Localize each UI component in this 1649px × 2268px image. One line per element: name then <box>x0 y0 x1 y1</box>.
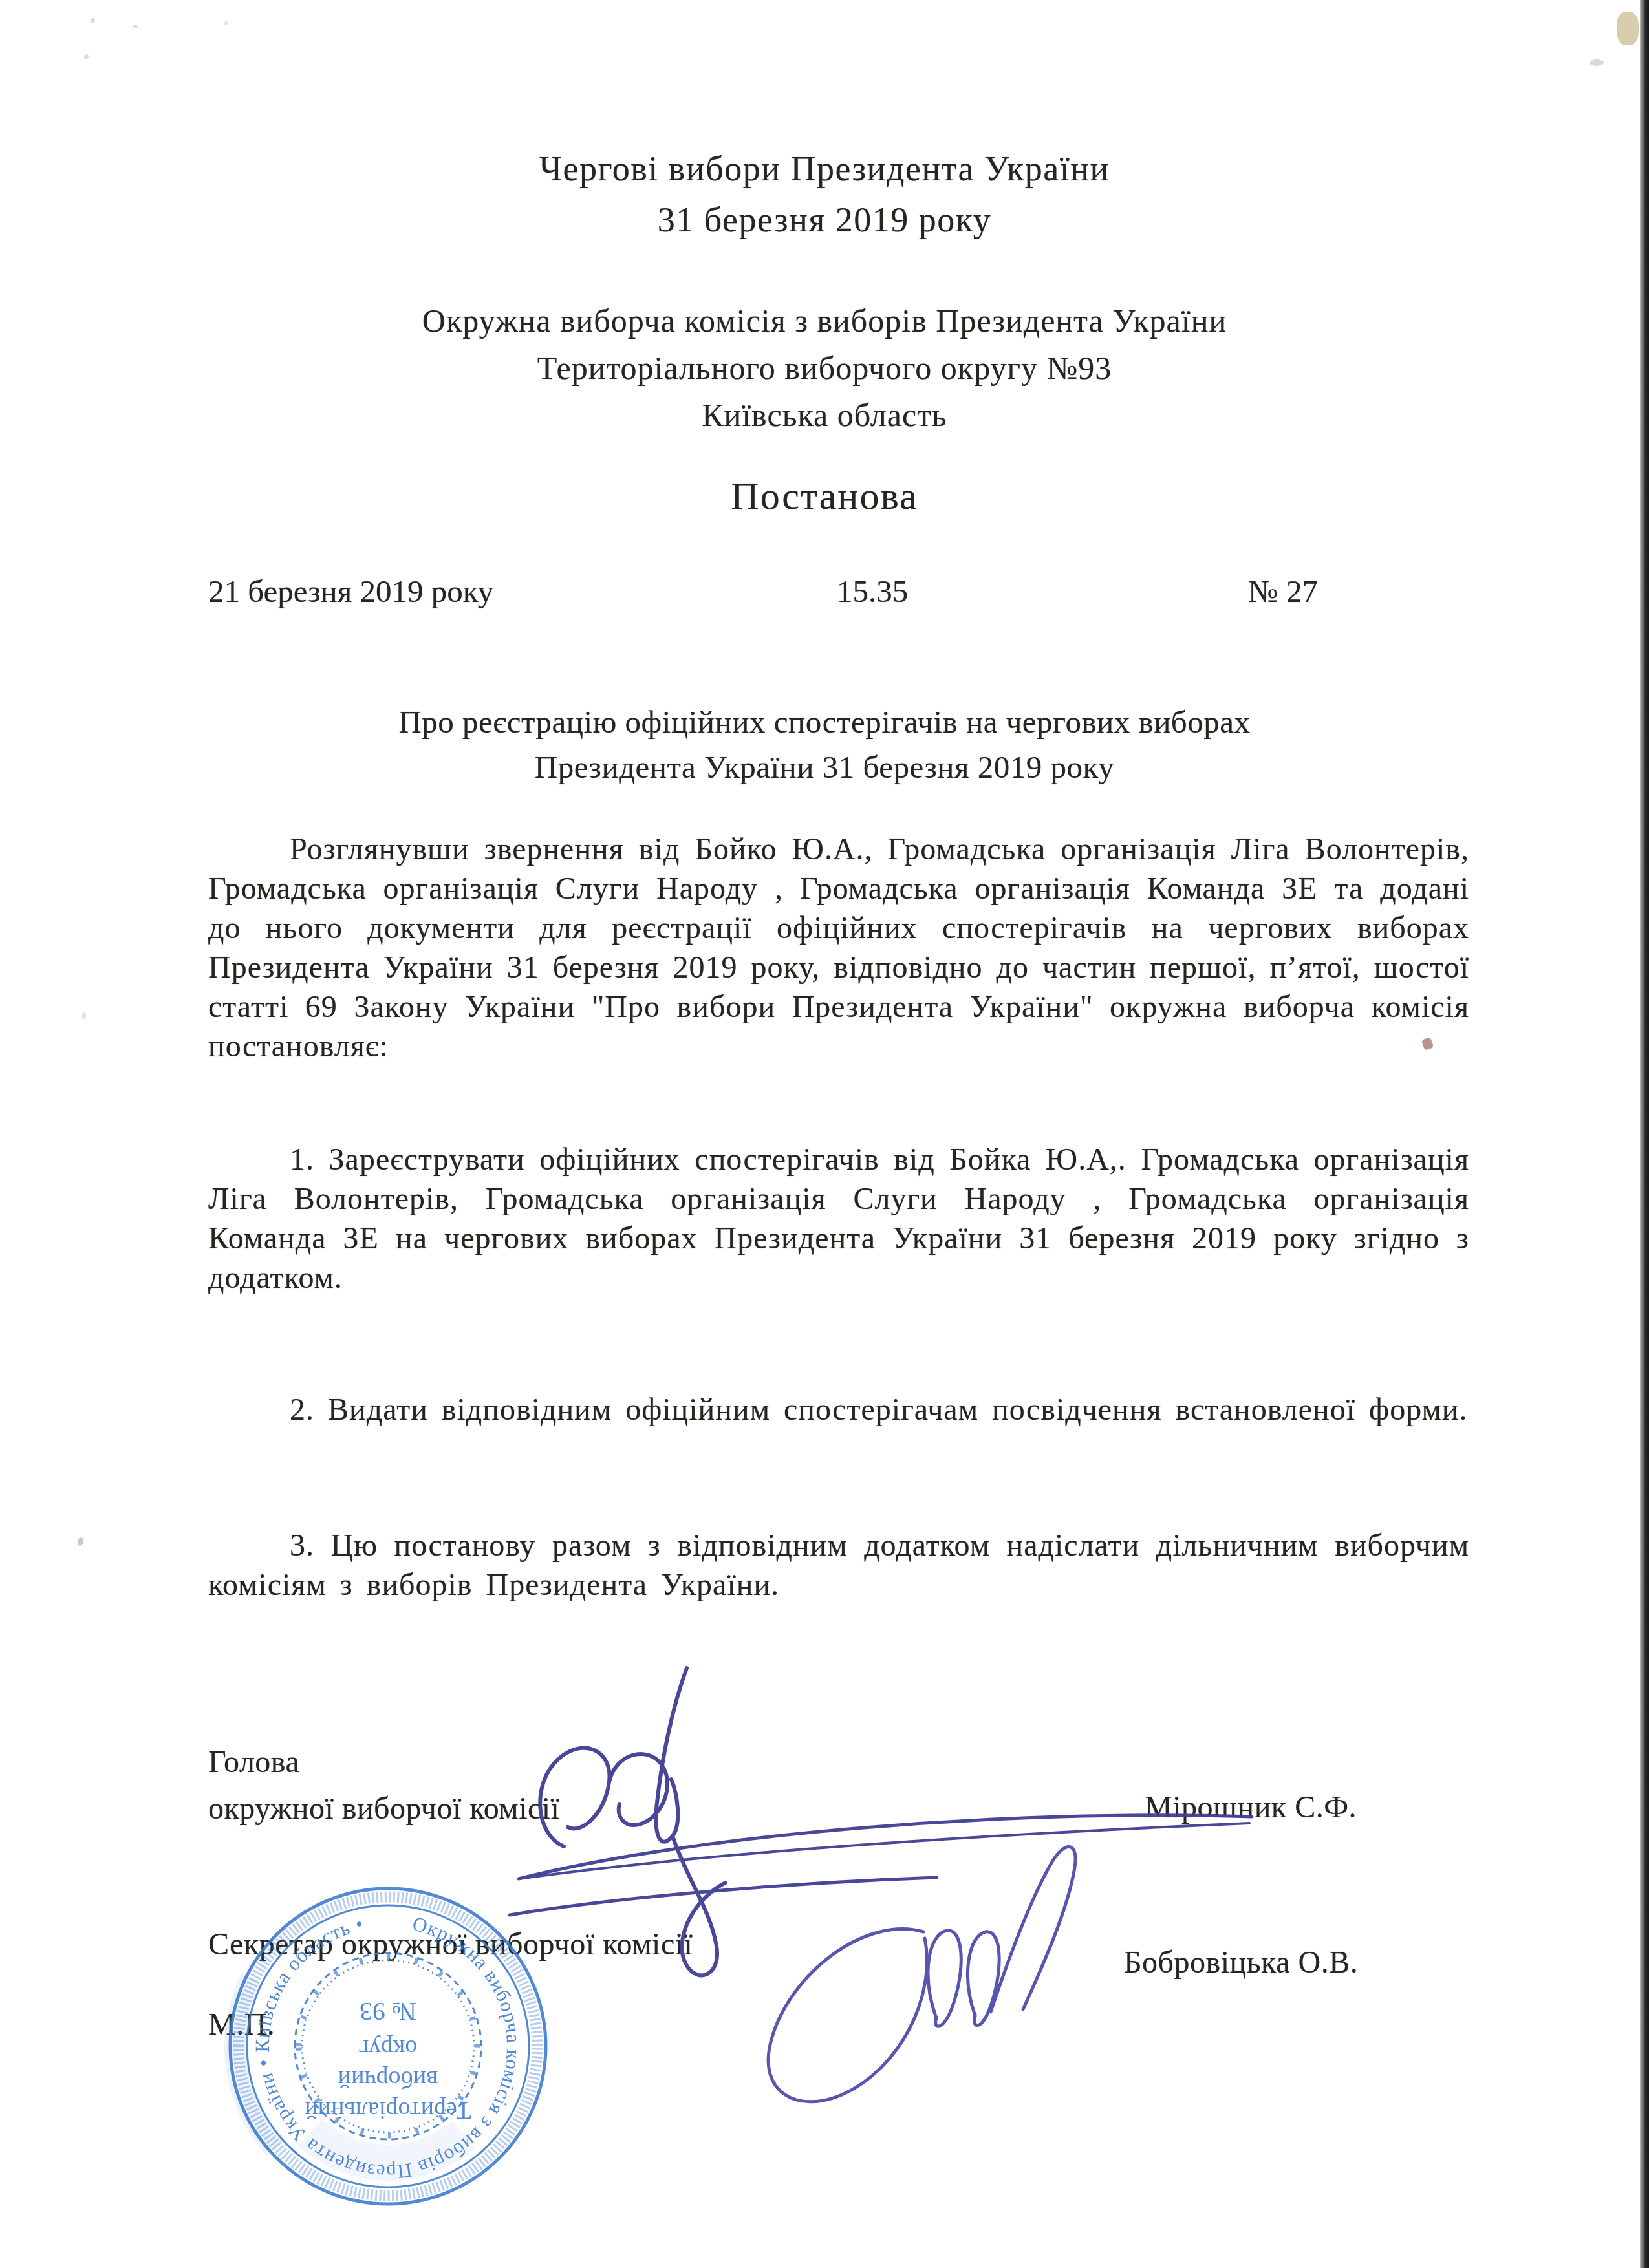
seal-place-label: М.П. <box>208 2002 275 2048</box>
secretary-title: Секретар окружної виборчої комісії <box>208 1921 693 1968</box>
scan-speck <box>81 1012 87 1019</box>
stamp-center-line1: Територіальний <box>305 2097 471 2124</box>
scan-speck <box>84 54 89 59</box>
commission-name-line2: Територіального виборчого округу №93 <box>0 345 1649 392</box>
election-title-line2: 31 березня 2019 року <box>0 195 1649 246</box>
scan-speck <box>76 1537 85 1546</box>
election-title-line1: Чергові вибори Президента України <box>0 144 1649 195</box>
scanned-document-page: Чергові вибори Президента України 31 бер… <box>0 0 1649 2268</box>
commission-name-line3: Київська область <box>0 392 1649 439</box>
stamp-inner-ornament-ring <box>295 1953 481 2139</box>
preamble-paragraph: Розглянувши звернення від Бойко Ю.А., Гр… <box>208 829 1469 1066</box>
scan-speck <box>224 21 228 25</box>
doc-meta-row: 21 березня 2019 року 15.35 № 27 <box>208 573 1469 612</box>
scan-speck <box>1590 59 1604 66</box>
chairman-name: Мірошник С.Ф. <box>1145 1784 1357 1831</box>
chairman-title-line2: окружної виборчої комісії <box>208 1786 559 1832</box>
resolution-item-1: 1. Зареєструвати офіційних спостерігачів… <box>208 1140 1469 1298</box>
stamp-center-line2: виборчий <box>338 2066 438 2093</box>
document-type-title: Постанова <box>0 474 1649 519</box>
stamp-center-line4: № 93 <box>360 1997 416 2026</box>
resolution-item-3: 3. Цю постанову разом з відповідним дода… <box>208 1526 1469 1605</box>
doc-date: 21 березня 2019 року <box>208 573 493 610</box>
stamp-center-line3: округ <box>359 2035 418 2062</box>
scan-edge-artifact <box>1640 0 1649 2268</box>
subject-line2: Президента України 31 березня 2019 року <box>0 745 1649 790</box>
doc-time: 15.35 <box>837 573 908 610</box>
scan-speck <box>1617 12 1639 45</box>
scan-speck <box>91 18 95 23</box>
chairman-title-line1: Голова <box>208 1739 299 1786</box>
commission-name-line1: Окружна виборча комісія з виборів Презид… <box>0 297 1649 345</box>
secretary-name: Бобровіцька О.В. <box>1124 1940 1358 1986</box>
resolution-item-2: 2. Видати відповідним офіційним спостері… <box>208 1390 1469 1429</box>
subject-line1: Про реєстрацію офіційних спостерігачів н… <box>0 700 1649 745</box>
secretary-signature-ink <box>768 1846 1075 2101</box>
scan-speck <box>133 25 138 28</box>
doc-number: № 27 <box>1248 573 1318 610</box>
